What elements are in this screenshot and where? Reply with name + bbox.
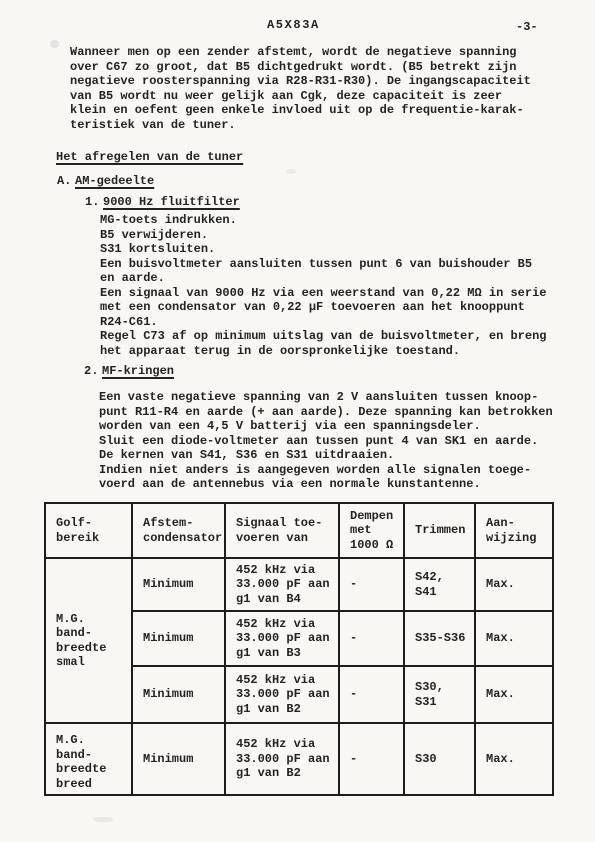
cell-trimmen: S35-S36	[404, 611, 475, 666]
item1-title: 9000 Hz fluitfilter	[103, 195, 240, 209]
item2-title: MF-kringen	[102, 364, 174, 378]
table-row: M.G. band- breedte breed Minimum 452 kHz…	[45, 723, 553, 795]
cell-signaal: 452 kHz via 33.000 pF aan g1 van B4	[225, 558, 339, 611]
item2-heading: 2.MF-kringen	[84, 364, 174, 379]
subsection-am-label: A.	[57, 174, 75, 189]
cell-aanwijzing: Max.	[475, 723, 553, 795]
document-page: A5X83A -3- Wanneer men op een zender afs…	[0, 0, 595, 842]
cell-signaal: 452 kHz via 33.000 pF aan g1 van B2	[225, 723, 339, 795]
header-dempen: Dempen met 1000 Ω	[339, 503, 404, 558]
header-aanwijzing: Aan- wijzing	[475, 503, 553, 558]
cell-afstem: Minimum	[132, 611, 225, 666]
cell-dempen: -	[339, 558, 404, 611]
cell-aanwijzing: Max.	[475, 666, 553, 723]
cell-afstem: Minimum	[132, 666, 225, 723]
cell-trimmen: S30, S31	[404, 666, 475, 723]
item1-body: MG-toets indrukken. B5 verwijderen. S31 …	[100, 213, 570, 358]
item1-heading: 1.9000 Hz fluitfilter	[85, 195, 240, 210]
item1-label: 1.	[85, 195, 103, 210]
scan-artifact	[50, 40, 59, 48]
cell-afstem: Minimum	[132, 558, 225, 611]
intro-paragraph: Wanneer men op een zender afstemt, wordt…	[70, 45, 560, 132]
header-trimmen: Trimmen	[404, 503, 475, 558]
item2-body: Een vaste negatieve spanning van 2 V aan…	[99, 390, 574, 492]
section-heading-afregelen: Het afregelen van de tuner	[56, 150, 243, 165]
scan-artifact	[286, 169, 296, 174]
cell-dempen: -	[339, 611, 404, 666]
header-golfbereik: Golf- bereik	[45, 503, 132, 558]
table-row: M.G. band- breedte smal Minimum 452 kHz …	[45, 558, 553, 611]
cell-signaal: 452 kHz via 33.000 pF aan g1 van B2	[225, 666, 339, 723]
alignment-table: Golf- bereik Afstem- condensator Signaal…	[44, 502, 554, 796]
cell-golfbereik-smal: M.G. band- breedte smal	[45, 558, 132, 723]
subsection-am-title: AM-gedeelte	[75, 174, 154, 188]
cell-aanwijzing: Max.	[475, 558, 553, 611]
cell-golfbereik-breed: M.G. band- breedte breed	[45, 723, 132, 795]
cell-dempen: -	[339, 723, 404, 795]
section-heading-text: Het afregelen van de tuner	[56, 150, 243, 164]
cell-afstem: Minimum	[132, 723, 225, 795]
cell-aanwijzing: Max.	[475, 611, 553, 666]
cell-trimmen: S30	[404, 723, 475, 795]
cell-dempen: -	[339, 666, 404, 723]
doc-code: A5X83A	[267, 18, 320, 33]
cell-trimmen: S42, S41	[404, 558, 475, 611]
header-afstemcondensator: Afstem- condensator	[132, 503, 225, 558]
header-signaal-toevoeren: Signaal toe- voeren van	[225, 503, 339, 558]
page-number: -3-	[516, 20, 538, 35]
subsection-am: A.AM-gedeelte	[57, 174, 154, 189]
item2-label: 2.	[84, 364, 102, 379]
scan-artifact	[93, 817, 113, 822]
cell-signaal: 452 kHz via 33.000 pF aan g1 van B3	[225, 611, 339, 666]
table-header-row: Golf- bereik Afstem- condensator Signaal…	[45, 503, 553, 558]
